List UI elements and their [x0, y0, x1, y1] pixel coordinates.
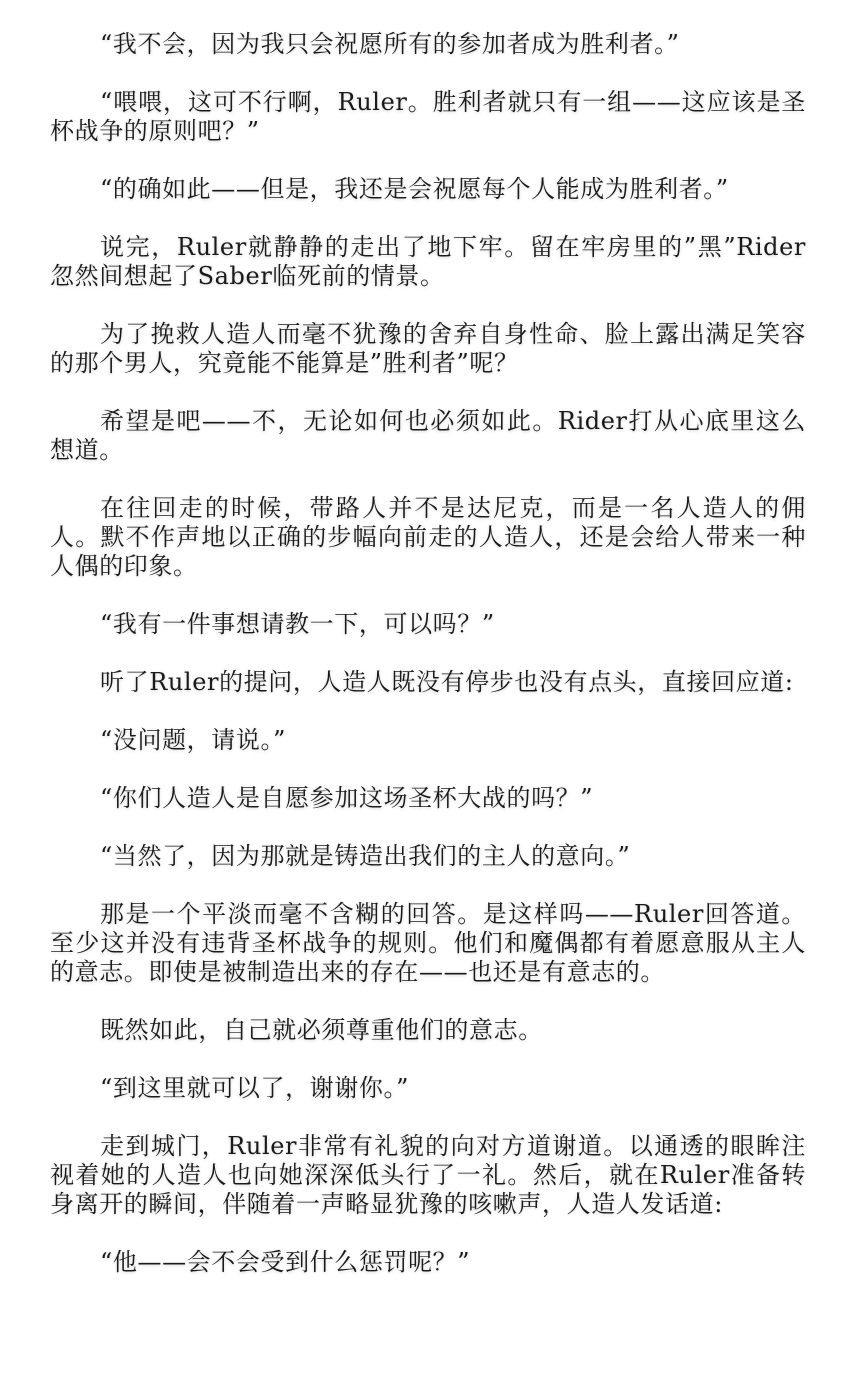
paragraph-6: 希望是吧——不，无论如何也必须如此。Rider打从心底里这么想道。	[50, 407, 806, 465]
paragraph-5: 为了挽救人造人而毫不犹豫的舍弃自身性命、脸上露出满足笑容的那个男人，究竟能不能算…	[50, 320, 806, 378]
paragraph-17: “他——会不会受到什么惩罚呢？”	[50, 1248, 806, 1277]
paragraph-13: 那是一个平淡而毫不含糊的回答。是这样吗——Ruler回答道。至少这并没有违背圣杯…	[50, 900, 806, 987]
paragraph-10: “没问题，请说。”	[50, 726, 806, 755]
document-page: “我不会，因为我只会祝愿所有的参加者成为胜利者。” “喂喂，这可不行啊，Rule…	[50, 30, 806, 1306]
paragraph-9: 听了Ruler的提问，人造人既没有停步也没有点头，直接回应道:	[50, 668, 806, 697]
paragraph-11: “你们人造人是自愿参加这场圣杯大战的吗？”	[50, 784, 806, 813]
paragraph-14: 既然如此，自己就必须尊重他们的意志。	[50, 1016, 806, 1045]
paragraph-8: “我有一件事想请教一下，可以吗？”	[50, 610, 806, 639]
paragraph-7: 在往回走的时候，带路人并不是达尼克，而是一名人造人的佣人。默不作声地以正确的步幅…	[50, 494, 806, 581]
paragraph-12: “当然了，因为那就是铸造出我们的主人的意向。”	[50, 842, 806, 871]
paragraph-16: 走到城门，Ruler非常有礼貌的向对方道谢道。以通透的眼眸注视着她的人造人也向她…	[50, 1132, 806, 1219]
paragraph-3: “的确如此——但是，我还是会祝愿每个人能成为胜利者。”	[50, 175, 806, 204]
paragraph-2: “喂喂，这可不行啊，Ruler。胜利者就只有一组——这应该是圣杯战争的原则吧？”	[50, 88, 806, 146]
paragraph-4: 说完，Ruler就静静的走出了地下牢。留在牢房里的”黑”Rider忽然间想起了S…	[50, 233, 806, 291]
paragraph-1: “我不会，因为我只会祝愿所有的参加者成为胜利者。”	[50, 30, 806, 59]
paragraph-15: “到这里就可以了，谢谢你。”	[50, 1074, 806, 1103]
